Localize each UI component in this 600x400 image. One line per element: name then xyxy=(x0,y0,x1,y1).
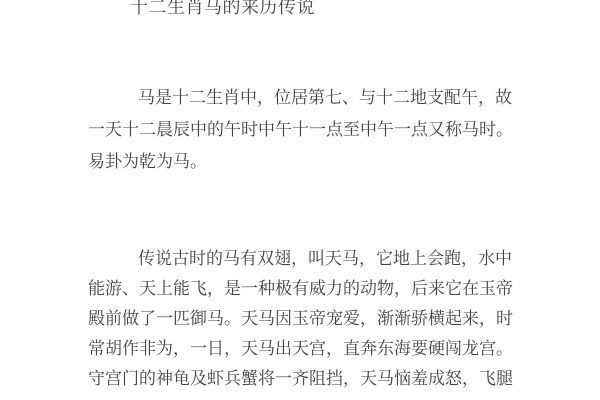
text-line: 传说古时的马有双翅，叫天马，它地上会跑，水中 xyxy=(88,244,518,274)
text-line: 马是十二生肖中，位居第七、与十二地支配午，故 xyxy=(88,82,518,114)
text-line: 守宫门的神龟及虾兵蟹将一齐阻挡，天马恼羞成怒，飞腿 xyxy=(88,364,518,394)
text-line: 一天十二晨辰中的午时中午十一点至中午一点又称马时。 xyxy=(88,114,518,146)
document-title: 十二生肖马的来历传说 xyxy=(130,0,315,19)
text-line: 能游、天上能飞，是一种极有威力的动物，后来它在玉帝 xyxy=(88,274,518,304)
paragraph-tianma-legend: 传说古时的马有双翅，叫天马，它地上会跑，水中 能游、天上能飞，是一种极有威力的动… xyxy=(88,244,518,394)
paragraph-zodiac-position: 马是十二生肖中，位居第七、与十二地支配午，故 一天十二晨辰中的午时中午十一点至中… xyxy=(88,82,518,178)
text-line: 易卦为乾为马。 xyxy=(88,146,518,178)
text-line: 殿前做了一匹御马。天马因玉帝宠爱，渐渐骄横起来，时 xyxy=(88,304,518,334)
text-line: 常胡作非为，一日，天马出天宫，直奔东海要硬闯龙宫。 xyxy=(88,334,518,364)
document-page: 十二生肖马的来历传说 马是十二生肖中，位居第七、与十二地支配午，故 一天十二晨辰… xyxy=(0,0,600,400)
